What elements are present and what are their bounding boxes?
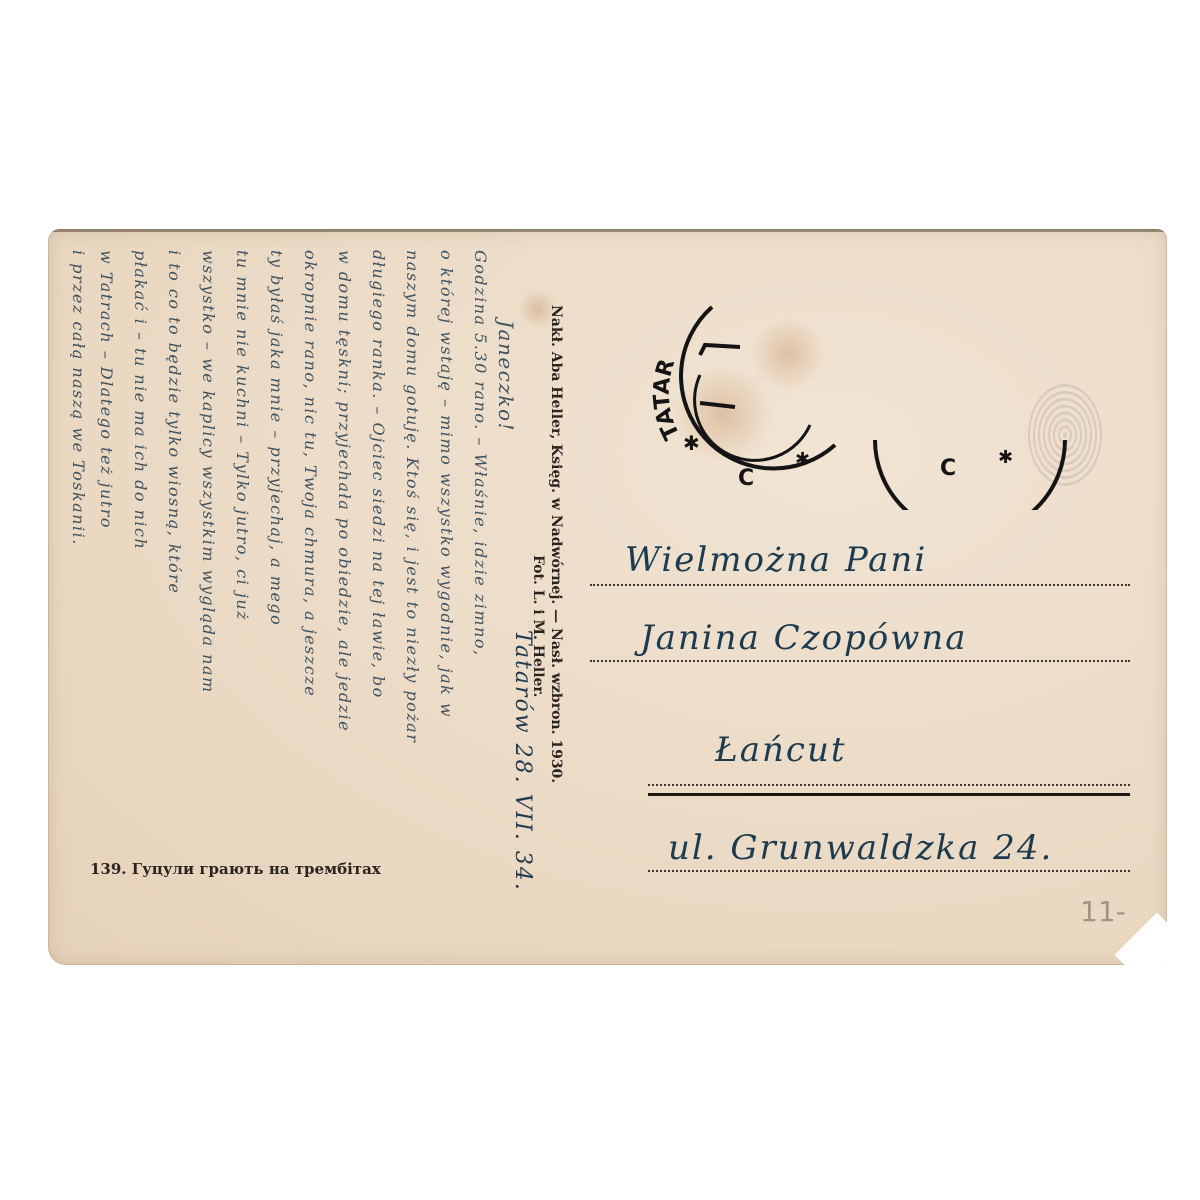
address-line-1: Wielmożna Pani — [625, 540, 927, 580]
message-line: tu mnie nie kuchni – Tylko jutro, ci już — [233, 250, 252, 621]
caption-number: 139. — [90, 860, 127, 878]
message-line: i to co to będzie tylko wiosną, które — [165, 250, 184, 594]
publisher-line: Nakł. Aba Heller, Księg. w Nadwórnej. — … — [548, 305, 564, 783]
postmark-tatarow: TATAR ✱ ✱ C — [640, 285, 850, 495]
address-dotted-line — [648, 784, 1130, 786]
message-line: w domu tęskni; przyjechała po obiedzie, … — [335, 250, 354, 732]
message-line: długiego ranka. – Ojciec siedzi na tej ł… — [369, 250, 388, 699]
message-line: płakać i – tu nie ma ich do nich — [131, 250, 150, 550]
publisher-imprint: Nakł. Aba Heller, Księg. w Nadwórnej. — … — [512, 305, 572, 895]
message-line: wszystko – we kaplicy wszystkim wygląda … — [199, 250, 218, 694]
postmark-code: C — [738, 466, 754, 491]
address-line-2: Janina Czopówna — [640, 618, 968, 658]
message-line: okropnie rano, nic tu, Twoja chmura, a j… — [301, 250, 320, 697]
pencil-note: 11- — [1080, 895, 1126, 928]
message-line: i przez całą naszą we Toskanii. — [69, 250, 88, 546]
photographer-line: Fot. L. i M. Heller. — [530, 555, 546, 697]
address-dotted-line — [590, 660, 1130, 662]
address-dotted-line — [590, 584, 1130, 586]
postmark-partial: C ✱ — [860, 430, 1070, 510]
address-line-3: Łańcut — [715, 730, 847, 770]
message-line: o której wstaję – mimo wszystko wygodnie… — [437, 250, 456, 718]
message-line: Godzina 5.30 rano. – Właśnie, idzie zimn… — [471, 250, 490, 657]
address-dotted-line — [648, 870, 1130, 872]
svg-text:✱: ✱ — [683, 431, 700, 455]
card-caption: 139. Гуцули грають на трембітах — [90, 860, 381, 878]
svg-text:✱: ✱ — [998, 447, 1013, 468]
svg-text:✱: ✱ — [795, 449, 810, 470]
message-line: w Tatrach – Dlatego też jutro — [97, 250, 116, 529]
postmark-code: C — [940, 456, 956, 481]
message-line: ty byłaś jaka mnie – przyjechaj, a mego — [267, 250, 286, 626]
handwritten-message: Janeczko! Godzina 5.30 rano. – Właśnie, … — [60, 240, 520, 880]
caption-title: Гуцули грають на трембітах — [132, 860, 381, 878]
address-underline — [648, 793, 1130, 796]
message-line: naszym domu gotuję. Ktoś się, i jest to … — [403, 250, 422, 743]
address-line-4: ul. Grunwaldzka 24. — [668, 828, 1053, 868]
